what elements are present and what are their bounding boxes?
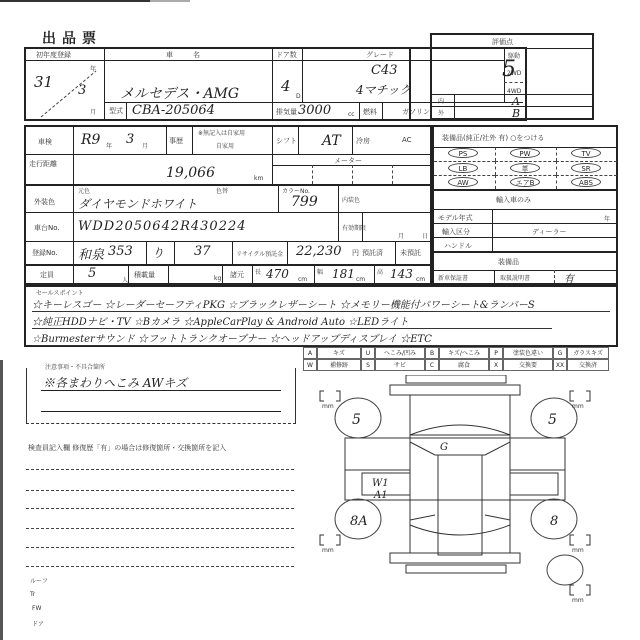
length-value: 470	[266, 267, 289, 281]
color-value: ダイヤモンドホワイト	[78, 195, 197, 212]
legend-code: A	[303, 347, 317, 359]
width-value: 181	[332, 267, 355, 281]
grade-line1: C43	[371, 63, 398, 78]
handle-label: ハンドル	[444, 241, 472, 251]
legend-meaning: へこみ/凹み	[375, 347, 425, 359]
recycle-value: 22,230	[296, 244, 342, 259]
doors-label: ドア数	[276, 50, 297, 60]
legend-code: P	[489, 347, 503, 359]
inspector-label: 検査員記入欄 修復歴「有」の場合は修復箇所・交換箇所を記入	[28, 443, 226, 453]
inspection-year-unit: 年	[106, 141, 112, 150]
vin-value: WDD2050642R430224	[78, 219, 247, 234]
plate-kana: り	[152, 244, 164, 261]
recycle-label: リサイクル預託金	[236, 249, 283, 258]
footer-label-roof: ルーフ	[30, 576, 48, 585]
equipment-item[interactable]: TV	[556, 147, 617, 161]
scan-edge	[0, 360, 3, 640]
equipment-item[interactable]: ABS	[556, 175, 617, 189]
recycle-paid[interactable]: 預託済	[362, 248, 383, 258]
equipment-item-label: TV	[571, 148, 601, 158]
drive-4wd[interactable]: 4WD	[507, 88, 521, 95]
svg-text:mm: mm	[572, 597, 584, 604]
width-unit: cm	[356, 276, 365, 283]
equipment-item-label: PW	[510, 148, 540, 158]
dims-label: 諸元	[230, 270, 244, 280]
mileage-unit: km	[254, 175, 263, 182]
footer-label-fw: FW	[32, 605, 41, 612]
equipment-item-label: SR	[571, 163, 601, 173]
equipment-item[interactable]: PS	[434, 147, 495, 161]
model-code: CBA-205064	[132, 103, 215, 118]
grade-label: グレード	[366, 50, 394, 60]
inspection-value: R9	[81, 132, 100, 148]
width-label: 幅	[317, 267, 323, 276]
history-value: 自家用	[216, 141, 234, 150]
doors-unit: D	[296, 93, 301, 100]
doors-value: 4	[281, 77, 291, 95]
sales-point-line: ☆Burmesterサウンド ☆フットトランクオープナー ☆ヘッドアップディスプ…	[32, 330, 552, 346]
equipment-item-label: AW	[448, 177, 478, 187]
legend-meaning: 腐食	[439, 359, 489, 371]
history-note: ※無記入は自家用	[198, 128, 245, 137]
plate-region: 和泉	[78, 244, 104, 263]
model-year-label: モデル年式	[438, 213, 473, 223]
manual-label[interactable]: 取扱説明書	[500, 273, 530, 282]
shift-value: AT	[322, 133, 341, 149]
equipment-table: 装備品(純正/社外 有) ○をつける PSPWTVLB革SRAWエアBABS 輸…	[432, 125, 618, 285]
interior-color-label: 内装色	[342, 195, 360, 204]
load-label: 積載量	[134, 270, 155, 280]
damage-legend-table: AキズUへこみ/凹みBキズ/へこみP塗装色違いGガラスキズW補修跡SサビC腐食X…	[303, 347, 609, 371]
accessories-label: 装備品	[498, 257, 519, 267]
model-year-unit: 年	[604, 214, 610, 223]
expiry-day-unit: 日	[422, 231, 428, 240]
height-value: 143	[390, 267, 413, 281]
color-code: 799	[291, 194, 318, 210]
svg-text:mm: mm	[572, 547, 584, 554]
shift-label: シフト	[276, 136, 297, 146]
tire-front-right: 5	[548, 412, 557, 428]
length-label: 長	[255, 267, 261, 276]
notes-label: 注意事項・不具合箇所	[43, 362, 107, 371]
legend-code: G	[553, 347, 567, 359]
equipment-header: 装備品(純正/社外 有) ○をつける	[442, 133, 544, 143]
mileage-value: 19,066	[166, 165, 215, 181]
equipment-item-label: ABS	[571, 177, 601, 187]
recycle-unit: 円	[352, 248, 359, 258]
roof-mark: G	[440, 442, 448, 453]
footer-label-door: ドア	[32, 619, 44, 628]
displacement-label: 排気量	[276, 107, 297, 117]
history-label: 事歴	[169, 136, 183, 146]
equipment-item[interactable]: エアB	[495, 175, 556, 189]
drive-2wd[interactable]: 2WD	[507, 70, 521, 77]
original-color-label: 元色	[78, 186, 90, 195]
mileage-label: 走行距離	[29, 159, 57, 169]
warranty-label[interactable]: 新車保証書	[438, 273, 468, 282]
legend-meaning: 交換要	[503, 359, 553, 371]
legend-code: C	[425, 359, 439, 371]
notes-box: 注意事項・不具合箇所 ※各まわりへこみ AWキズ	[26, 368, 296, 424]
manual-value: 有	[564, 270, 574, 285]
inspection-month-unit: 月	[142, 141, 148, 150]
sales-point-line: ☆キーレスゴー ☆レーダーセーフティPKG ☆ブラックレザーシート ☆メモリー機…	[32, 296, 610, 312]
grade-drive-block: 駆動 2WD 4WD	[409, 47, 527, 121]
equipment-item-label: LB	[448, 163, 478, 173]
repaint-label: 色替	[216, 186, 228, 195]
plate-number: 37	[194, 244, 211, 259]
footer-label-tr: Tr	[30, 591, 35, 598]
displacement-unit: cc	[348, 111, 355, 118]
import-only-label: 輸入車のみ	[496, 195, 531, 205]
legend-code: W	[303, 359, 317, 371]
displacement: 3000	[298, 103, 331, 118]
tire-front-left: 5	[352, 412, 361, 428]
color-label: 外装色	[34, 197, 55, 207]
equipment-item[interactable]: PW	[495, 147, 556, 161]
legend-code: B	[425, 347, 439, 359]
equipment-item-label: エアB	[510, 177, 540, 187]
sales-points-box: セールスポイント ☆キーレスゴー ☆レーダーセーフティPKG ☆ブラックレザーシ…	[24, 285, 618, 347]
vin-label: 車台No.	[34, 223, 60, 233]
legend-code: XX	[553, 359, 567, 371]
form-title: 出品票	[42, 28, 102, 48]
equipment-item-label: 革	[510, 163, 540, 173]
length-unit: cm	[298, 276, 307, 283]
legend-meaning: キズ/へこみ	[439, 347, 489, 359]
scan-edge	[150, 0, 190, 2]
legend-code: U	[361, 347, 375, 359]
import-type: ディーラー	[532, 227, 566, 237]
tire-rear-right: 8	[550, 514, 558, 529]
tire-rear-left: 8A	[350, 514, 368, 529]
legend-meaning: 補修跡	[317, 359, 361, 371]
model-code-label: 型式	[109, 106, 123, 116]
equipment-item[interactable]: 革	[495, 161, 556, 175]
equipment-item[interactable]: LB	[434, 161, 495, 175]
legend-code: S	[361, 359, 375, 371]
ac-label: 冷房	[356, 136, 370, 146]
equipment-item[interactable]: SR	[556, 161, 617, 175]
equipment-item-label: PS	[448, 148, 478, 158]
car-name: メルセデス・AMG	[120, 83, 239, 103]
slash-marks	[36, 67, 106, 119]
plate-class: 353	[108, 244, 133, 259]
first-reg-label: 初年度登録	[36, 50, 71, 60]
legend-meaning: 交換済	[567, 359, 609, 371]
legend-meaning: ガラスキズ	[567, 347, 609, 359]
load-unit: kg	[214, 275, 221, 282]
import-type-label: 輸入区分	[442, 227, 470, 237]
capacity-value: 5	[88, 266, 96, 281]
vehicle-detail-table: 車検 R9 年 3 月 事歴 ※無記入は自家用 自家用 シフト AT 冷房 AC…	[24, 125, 432, 285]
legend-code: X	[489, 359, 503, 371]
inspection-label: 車検	[38, 137, 52, 147]
capacity-label: 定員	[40, 270, 54, 280]
legend-meaning: 塗装色違い	[503, 347, 553, 359]
legend-meaning: キズ	[317, 347, 361, 359]
inspection-month: 3	[126, 132, 134, 147]
height-label: 高	[377, 267, 383, 276]
side-mark-1: W1	[372, 478, 389, 489]
plate-label: 登録No.	[32, 248, 58, 258]
notes-text: ※各まわりへこみ AWキズ	[43, 374, 187, 391]
svg-text:mm: mm	[322, 547, 334, 554]
ac-value: AC	[402, 136, 412, 144]
sales-point-line: ☆純正HDDナビ・TV ☆Bカメラ ☆AppleCarPlay & Androi…	[32, 313, 552, 329]
side-mark-2: A1	[373, 490, 388, 501]
grade-box-label: 評価点	[492, 37, 513, 47]
scan-edge	[0, 0, 150, 2]
legend-meaning: サビ	[375, 359, 425, 371]
height-unit: cm	[416, 276, 425, 283]
recycle-unpaid[interactable]: 未預託	[400, 248, 421, 258]
grade-line2: 4マチック	[356, 81, 411, 98]
svg-text:mm: mm	[572, 403, 584, 410]
equipment-grid: PSPWTVLB革SRAWエアBABS	[434, 147, 616, 189]
car-name-label: 車名	[166, 50, 220, 60]
equipment-item[interactable]: AW	[434, 175, 495, 189]
mm-unit: mm	[322, 403, 334, 410]
fuel-label: 燃料	[363, 107, 377, 117]
drive-label: 駆動	[508, 51, 520, 60]
vehicle-basic-table: 初年度登録 年 月 31 3 車名 メルセデス・AMG 型式 CBA-20506…	[24, 47, 411, 121]
expiry-month-unit: 月	[398, 231, 404, 240]
car-damage-diagram: mm mm mm mm mm 5 5 8A 8 G W1 A1	[300, 375, 640, 640]
